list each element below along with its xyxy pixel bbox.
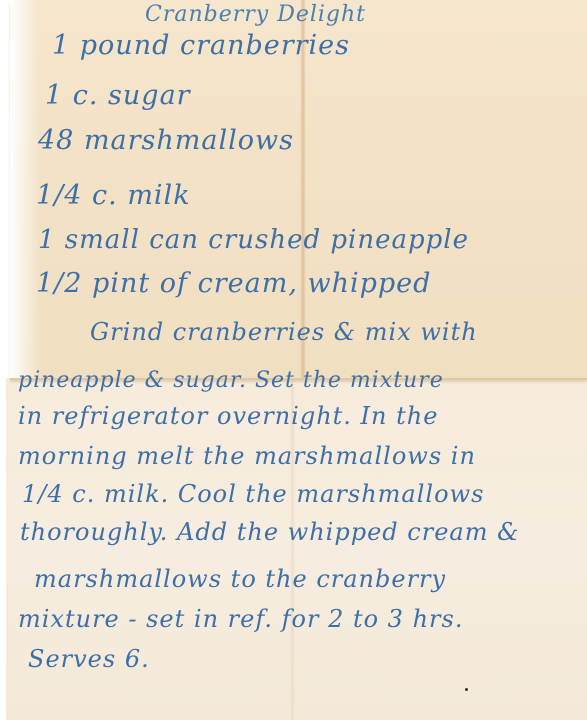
direction-line: in refrigerator overnight. In the bbox=[18, 402, 438, 430]
ingredient-item: 1 c. sugar bbox=[45, 80, 191, 111]
recipe-title: Cranberry Delight bbox=[145, 2, 366, 27]
direction-line: Serves 6. bbox=[28, 645, 150, 673]
direction-line: 1/4 c. milk. Cool the marshmallows bbox=[22, 480, 484, 508]
direction-line: Grind cranberries & mix with bbox=[90, 318, 478, 346]
recipe-card: Cranberry Delight 1 pound cranberries 1 … bbox=[0, 0, 587, 720]
direction-line: marshmallows to the cranberry bbox=[34, 565, 446, 593]
ingredient-item: 1/2 pint of cream, whipped bbox=[36, 268, 431, 299]
direction-line: mixture - set in ref. for 2 to 3 hrs. bbox=[18, 605, 463, 633]
ingredient-item: 1 pound cranberries bbox=[52, 30, 350, 61]
direction-line: morning melt the marshmallows in bbox=[18, 442, 476, 470]
direction-line: pineapple & sugar. Set the mixture bbox=[18, 368, 444, 393]
ink-speck bbox=[465, 688, 468, 691]
ingredient-item: 1/4 c. milk bbox=[36, 180, 191, 211]
ingredient-item: 1 small can crushed pineapple bbox=[38, 225, 469, 255]
ingredient-item: 48 marshmallows bbox=[38, 125, 294, 156]
direction-line: thoroughly. Add the whipped cream & bbox=[20, 518, 519, 546]
